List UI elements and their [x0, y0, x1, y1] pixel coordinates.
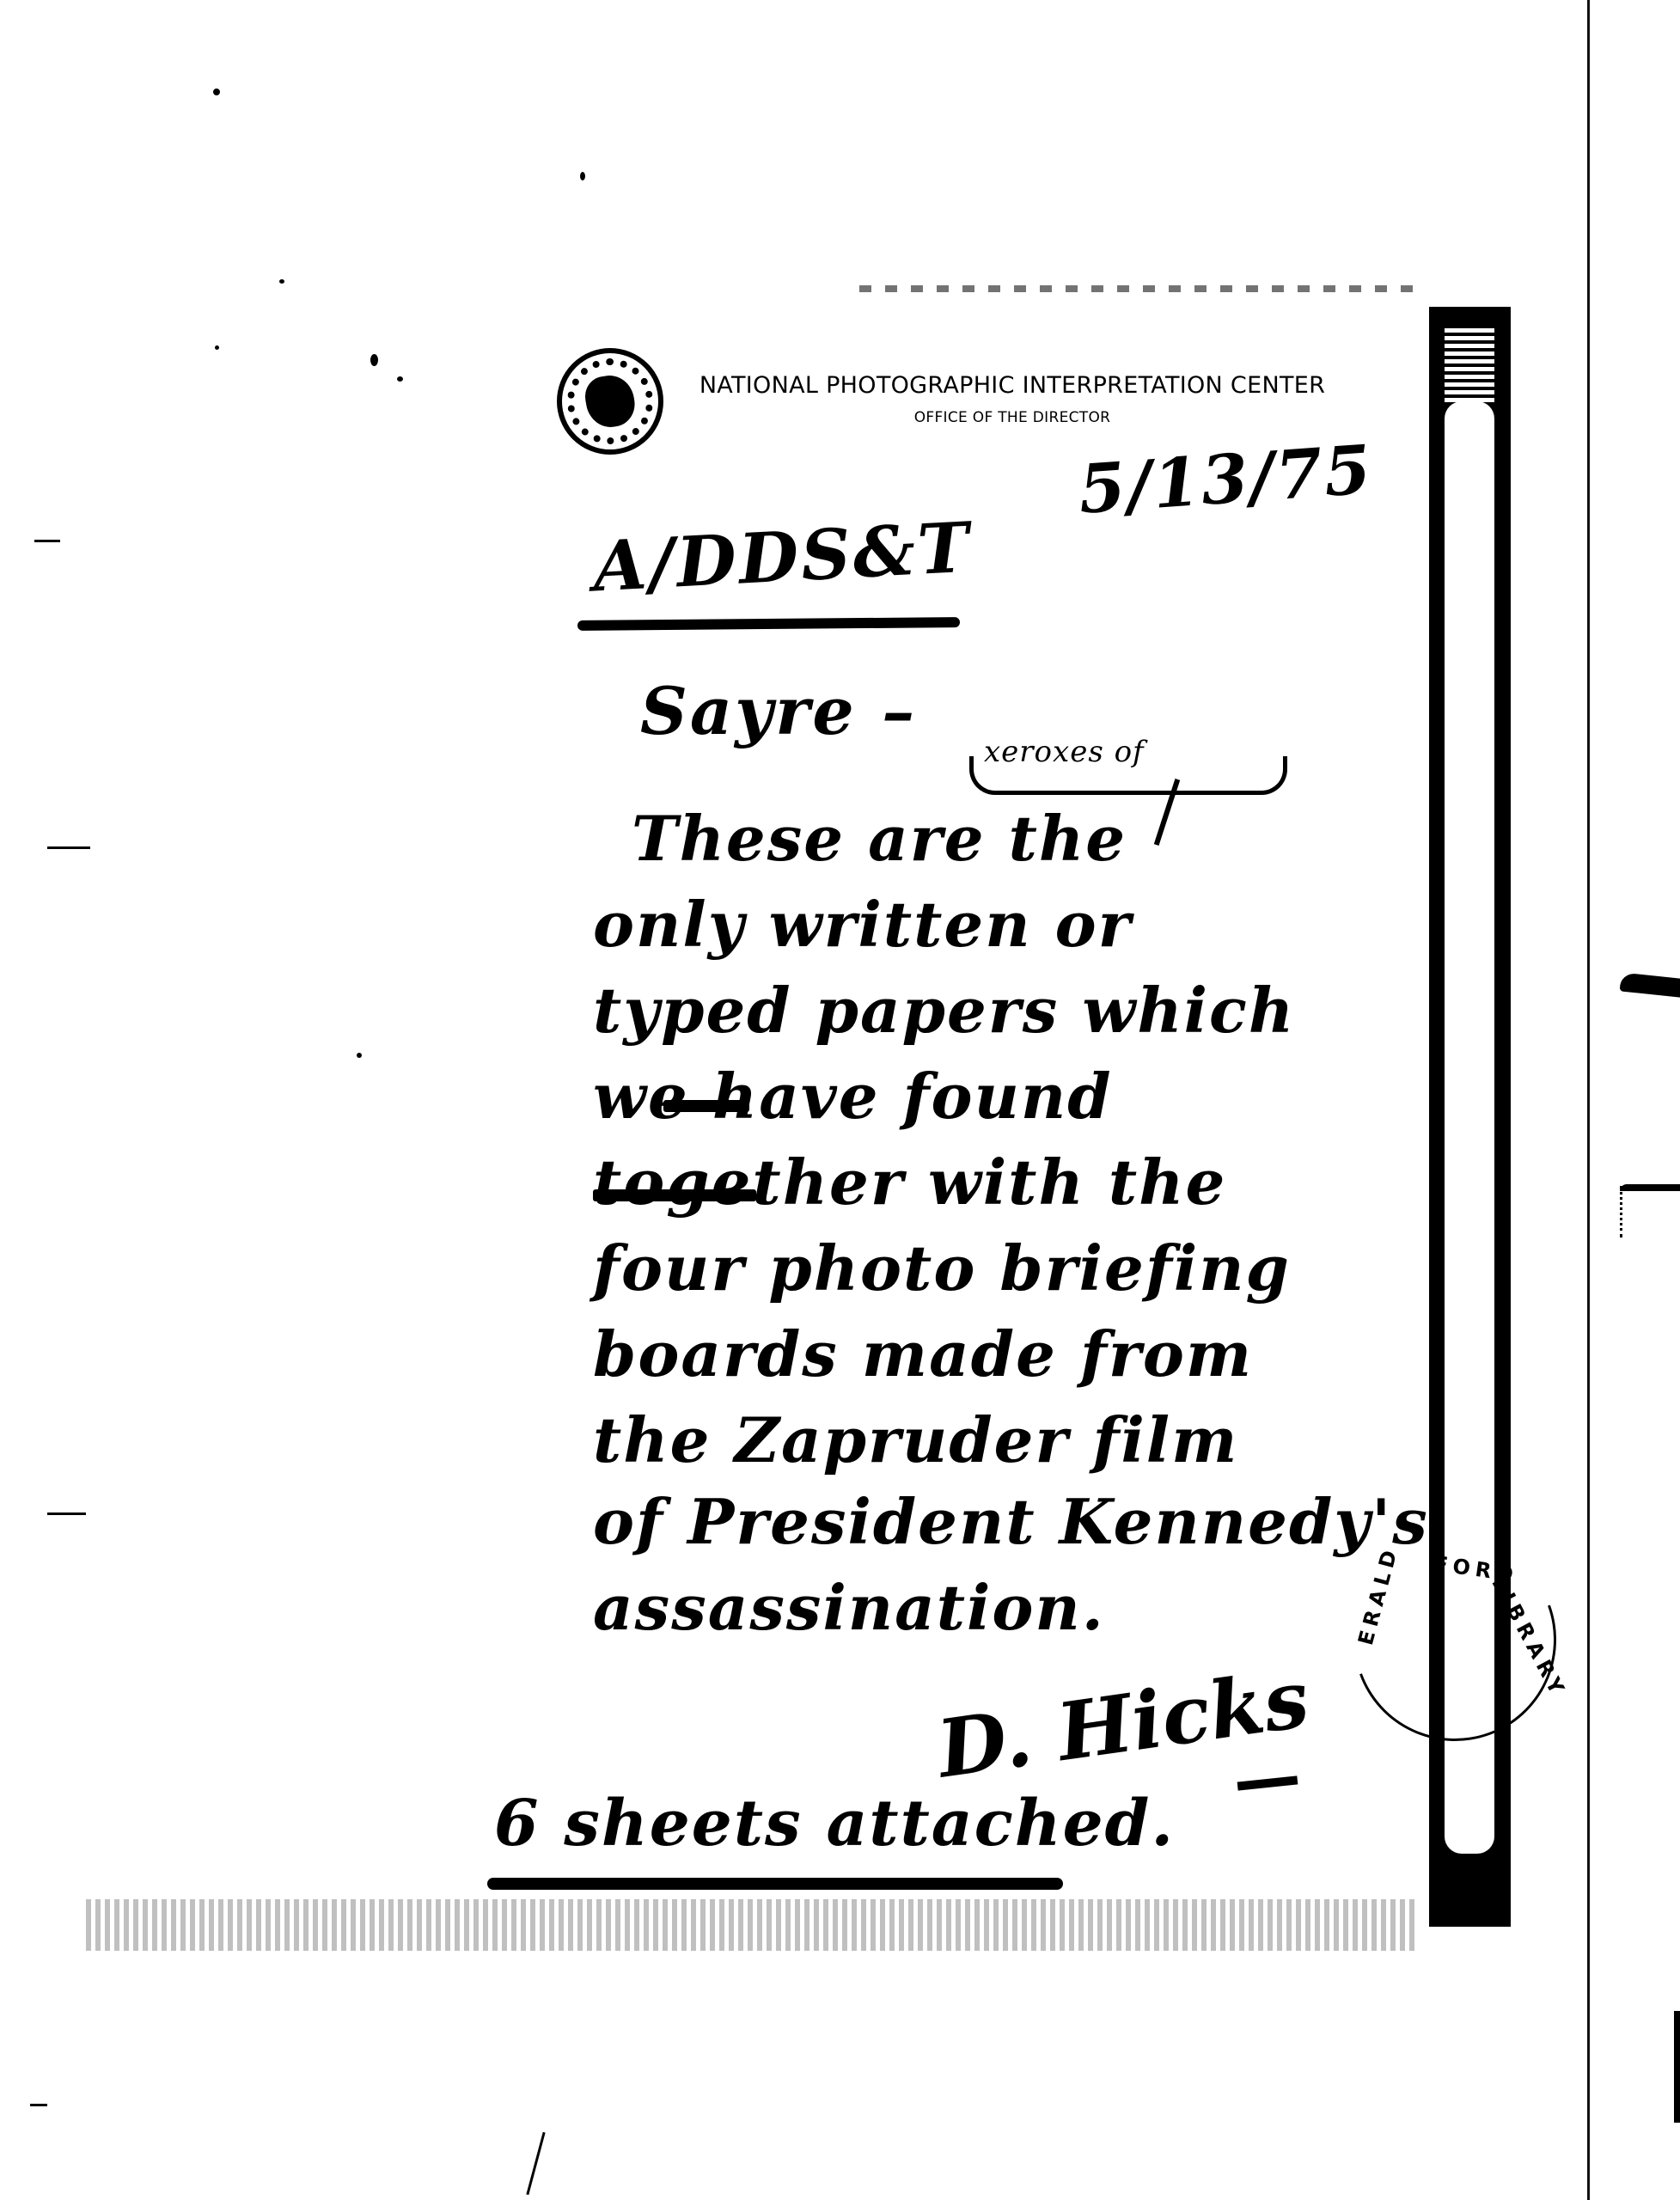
adjacent-page-edge: [1620, 1186, 1625, 1237]
page-edge-tick: [47, 1512, 86, 1515]
scan-page-divider: [1587, 0, 1590, 2200]
strikethrough-have: [663, 1100, 749, 1112]
adjacent-page-edge: [1674, 2011, 1680, 2123]
memo-body-line: of President Kennedy's: [593, 1491, 1429, 1553]
memo-body-line: only written or: [593, 894, 1133, 956]
binder-strip-cap: [1445, 328, 1494, 406]
memo-salutation: Sayre –: [640, 679, 917, 744]
memo-body-line: the Zapruder film: [593, 1409, 1238, 1471]
attachment-note: 6 sheets attached.: [494, 1792, 1175, 1855]
scan-noise-bottom: [86, 1899, 1418, 1951]
strikethrough-together: [593, 1189, 756, 1201]
memo-addressee: A/DDS&T: [591, 513, 973, 602]
page-edge-tick: [47, 846, 90, 849]
memo-body-line: typed papers which: [593, 980, 1295, 1042]
stray-pencil-mark: [526, 2132, 545, 2195]
memo-body-line: These are the: [632, 808, 1127, 870]
page-edge-tick: [34, 540, 60, 542]
memo-body-line: we have found: [593, 1066, 1113, 1127]
attachment-note-underline: [487, 1878, 1063, 1890]
scan-speck: [357, 1053, 362, 1058]
memo-body-line: together with the: [593, 1152, 1226, 1213]
memo-date: 5/13/75: [1077, 437, 1375, 524]
scan-speck: [580, 172, 585, 180]
scan-speck: [370, 354, 378, 366]
page-edge-tick: [30, 2104, 47, 2106]
letterhead: NATIONAL PHOTOGRAPHIC INTERPRETATION CEN…: [694, 372, 1330, 426]
scan-speck: [215, 345, 219, 350]
insertion-bracket: [969, 756, 1287, 795]
memo-body-line: boards made from: [593, 1323, 1253, 1385]
adjacent-page-edge: [1620, 1184, 1680, 1191]
memo-body-line: assassination.: [593, 1577, 1105, 1639]
memo-body-line: four photo briefing: [593, 1237, 1291, 1299]
scan-noise-top: [859, 285, 1426, 292]
adjacent-page-edge: [1620, 972, 1680, 997]
letterhead-office: OFFICE OF THE DIRECTOR: [694, 409, 1330, 426]
letterhead-organization: NATIONAL PHOTOGRAPHIC INTERPRETATION CEN…: [694, 372, 1330, 399]
scan-speck: [397, 376, 403, 382]
scan-speck: [213, 89, 220, 95]
agency-seal-icon: [557, 348, 663, 455]
scan-speck: [279, 279, 284, 284]
